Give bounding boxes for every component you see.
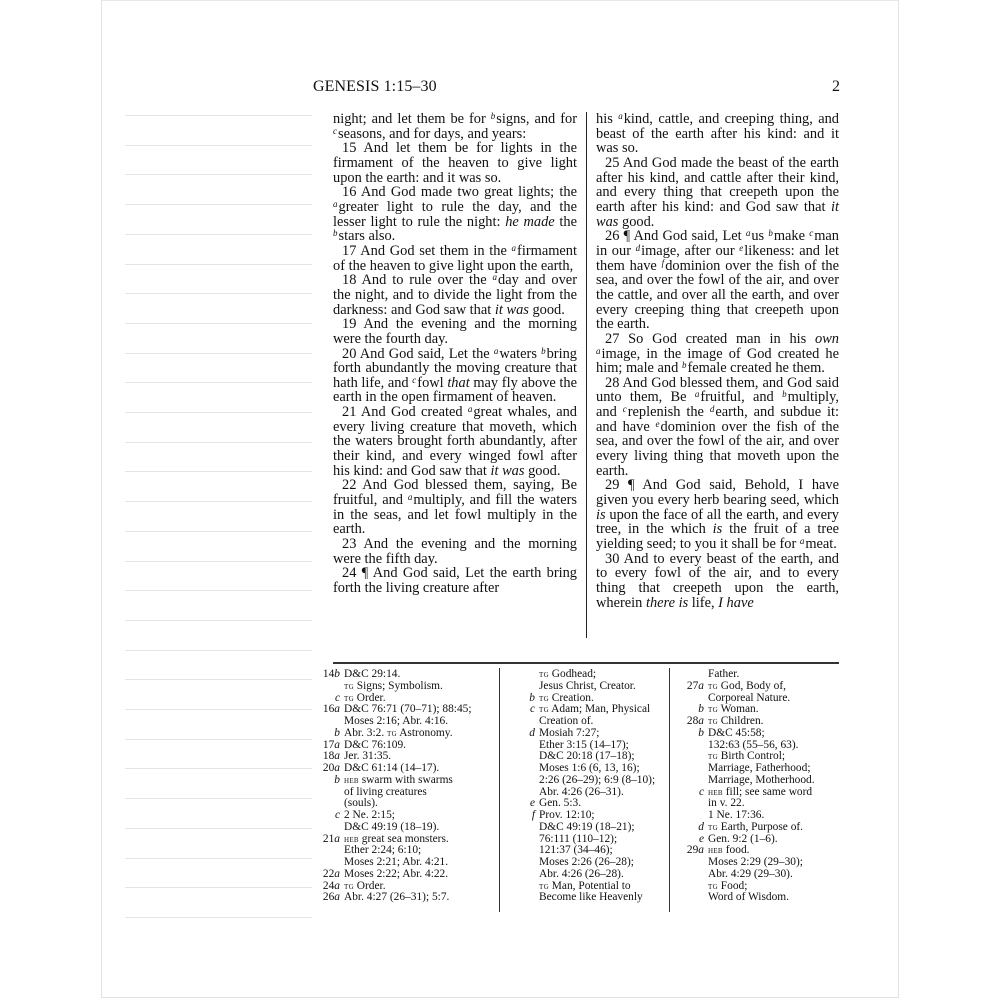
footnote-line: Abr. 4:26 (26–28).	[508, 869, 670, 881]
italic-supplied-word: there is	[646, 595, 688, 611]
footnote-reference[interactable]: 1 Ne. 17:36.	[708, 810, 764, 822]
footnote-line: 22aMoses 2:22; Abr. 4:22.	[313, 869, 499, 881]
scripture-column-right: his akind, cattle, and creeping thing, a…	[596, 112, 839, 610]
footnote-reference[interactable]: tg God, Body of,	[708, 681, 786, 693]
footnote-marker[interactable]: d	[710, 404, 715, 414]
footnote-key: 14b	[313, 669, 340, 681]
footnote-marker[interactable]: b	[782, 389, 787, 399]
footnote-reference[interactable]: tg Earth, Purpose of.	[708, 822, 803, 834]
running-header: GENESIS 1:15–30 2	[313, 78, 840, 98]
topical-guide-abbrev: tg	[708, 704, 718, 715]
footnote-line: bAbr. 3:2. tg Astronomy.	[313, 728, 499, 740]
note-ruled-line	[125, 917, 312, 918]
footnote-key: 29a	[677, 845, 704, 857]
footnote-reference[interactable]: Mosiah 7:27;	[539, 728, 599, 740]
note-ruled-line	[125, 264, 312, 265]
footnote-marker[interactable]: a	[333, 199, 338, 209]
footnote-reference[interactable]: Prov. 12:10;	[539, 810, 595, 822]
footnote-marker[interactable]: c	[623, 404, 627, 414]
footnote-line: dMosiah 7:27;	[508, 728, 670, 740]
footnote-reference[interactable]: Word of Wisdom.	[708, 892, 789, 904]
footnote-marker[interactable]: b	[768, 228, 773, 238]
footnote-key: 27a	[677, 681, 704, 693]
footnote-line: Moses 2:16; Abr. 4:16.	[313, 716, 499, 728]
footnote-key: c	[677, 787, 704, 799]
footnote-key: f	[508, 810, 535, 822]
footnote-reference[interactable]: D&C 49:19 (18–21);	[539, 822, 635, 834]
footnote-marker[interactable]: a	[800, 536, 805, 546]
note-ruled-line	[125, 412, 312, 413]
topical-guide-abbrev: tg	[539, 669, 549, 680]
footnote-reference[interactable]: heb swarm with swarms	[344, 775, 453, 787]
footnote-marker[interactable]: d	[636, 243, 641, 253]
footnote-marker[interactable]: a	[618, 111, 623, 121]
note-ruled-line	[125, 471, 312, 472]
footnote-key: c	[313, 810, 340, 822]
footnote-key: 26a	[313, 892, 340, 904]
topical-guide-abbrev: tg	[708, 716, 718, 727]
footnote-line: tg Signs; Symbolism.	[313, 681, 499, 693]
footnotes-column-2: tg Godhead;Jesus Christ, Creator.btg Cre…	[508, 669, 670, 904]
italic-supplied-word: is	[596, 507, 606, 523]
verse-continuation: night; and let them be for bsigns, and f…	[333, 112, 577, 141]
topical-guide-abbrev: tg	[539, 881, 549, 892]
note-ruled-line	[125, 204, 312, 205]
topical-guide-abbrev: tg	[344, 681, 354, 692]
note-ruled-line	[125, 768, 312, 769]
footnote-line: tg Godhead;	[508, 669, 670, 681]
note-ruled-line	[125, 115, 312, 116]
note-ruled-line	[125, 887, 312, 888]
hebrew-abbrev: heb	[344, 775, 359, 786]
footnote-marker[interactable]: a	[494, 346, 499, 356]
topical-guide-abbrev: tg	[708, 881, 718, 892]
footnote-line: Word of Wisdom.	[677, 892, 842, 904]
topical-guide-abbrev: tg	[344, 881, 354, 892]
note-ruled-line	[125, 739, 312, 740]
note-ruled-line	[125, 798, 312, 799]
footnote-marker[interactable]: b	[682, 360, 687, 370]
footnote-marker[interactable]: a	[493, 272, 498, 282]
footnotes-column-1: 14bD&C 29:14.tg Signs; Symbolism.ctg Ord…	[313, 669, 499, 904]
footnote-line: D&C 49:19 (18–21);	[508, 822, 670, 834]
footnote-marker[interactable]: c	[333, 126, 337, 136]
note-ruled-line	[125, 442, 312, 443]
verse: 18 And to rule over the aday and over th…	[333, 273, 577, 317]
footnote-line: of living creatures	[313, 787, 499, 799]
footnote-reference[interactable]: Abr. 4:26 (26–28).	[539, 869, 624, 881]
note-ruled-line	[125, 145, 312, 146]
footnote-key: b	[677, 728, 704, 740]
verse: 23 And the evening and the morning were …	[333, 537, 577, 566]
verse: 15 And let them be for lights in the fir…	[333, 141, 577, 185]
footnote-marker[interactable]: c	[809, 228, 813, 238]
footnote-marker[interactable]: a	[695, 389, 700, 399]
footnote-key: d	[508, 728, 535, 740]
verse: 17 And God set them in the afirmament of…	[333, 244, 577, 273]
footnote-reference[interactable]: Jesus Christ, Creator.	[539, 681, 636, 693]
footnote-key: 21a	[313, 834, 340, 846]
footnote-reference[interactable]: Moses 2:21; Abr. 4:21.	[344, 857, 448, 869]
verse: 30 And to every beast of the earth, and …	[596, 552, 839, 611]
footnote-reference[interactable]: D&C 29:14.	[344, 669, 400, 681]
footnote-marker[interactable]: b	[491, 111, 496, 121]
footnote-marker[interactable]: a	[468, 404, 473, 414]
footnote-reference[interactable]: Abr. 4:29 (29–30).	[708, 869, 793, 881]
chapter-reference-title: GENESIS 1:15–30	[313, 78, 437, 96]
verse: 27 So God created man in his own aimage,…	[596, 332, 839, 376]
topical-guide-abbrev: tg	[344, 693, 354, 704]
footnote-line: 20aD&C 61:14 (14–17).	[313, 763, 499, 775]
verse-continuation: his akind, cattle, and creeping thing, a…	[596, 112, 839, 156]
note-ruled-line	[125, 858, 312, 859]
footnote-line: Moses 2:29 (29–30);	[677, 857, 842, 869]
footnote-reference[interactable]: Abr. 3:2. tg Astronomy.	[344, 728, 453, 740]
footnote-key: b	[313, 775, 340, 787]
note-ruled-line	[125, 620, 312, 621]
topical-guide-abbrev: tg	[387, 728, 397, 739]
italic-supplied-word: that	[447, 375, 469, 391]
footnote-line: bD&C 45:58;	[677, 728, 842, 740]
scripture-column-left: night; and let them be for bsigns, and f…	[333, 112, 577, 596]
footnote-reference[interactable]: Moses 2:26 (26–28);	[539, 857, 634, 869]
verse: 24 ¶ And God said, Let the earth bring f…	[333, 566, 577, 595]
italic-supplied-word: he made	[505, 214, 554, 230]
footnote-line: fProv. 12:10;	[508, 810, 670, 822]
footnote-line: bheb swarm with swarms	[313, 775, 499, 787]
topical-guide-abbrev: tg	[708, 681, 718, 692]
footnote-marker[interactable]: b	[333, 228, 338, 238]
footnote-reference[interactable]: Marriage, Fatherhood;	[708, 763, 810, 775]
hebrew-abbrev: heb	[708, 787, 723, 798]
italic-supplied-word: it was	[495, 302, 529, 318]
footnote-reference[interactable]: Moses 1:6 (6, 13, 16);	[539, 763, 640, 775]
footnote-line: 17aD&C 76:109.	[313, 740, 499, 752]
verse: 26 ¶ And God said, Let aus bmake cman in…	[596, 229, 839, 332]
italic-supplied-word: it was	[596, 199, 839, 230]
italic-supplied-word: own	[815, 331, 839, 347]
italic-supplied-word: is	[713, 521, 723, 537]
footnote-reference[interactable]: tg Signs; Symbolism.	[344, 681, 443, 693]
footnote-reference[interactable]: Moses 2:16; Abr. 4:16.	[344, 716, 448, 728]
note-ruled-line	[125, 561, 312, 562]
footnote-marker[interactable]: e	[656, 419, 660, 429]
footnote-line: D&C 49:19 (18–19).	[313, 822, 499, 834]
note-ruled-line	[125, 501, 312, 502]
footnote-reference[interactable]: D&C 49:19 (18–19).	[344, 822, 439, 834]
note-ruled-line	[125, 531, 312, 532]
note-ruled-line	[125, 353, 312, 354]
note-ruled-line	[125, 234, 312, 235]
footnote-line: c2 Ne. 2:15;	[313, 810, 499, 822]
note-ruled-line	[125, 828, 312, 829]
footnote-reference[interactable]: Become like Heavenly	[539, 892, 643, 904]
verse: 21 And God created agreat whales, and ev…	[333, 405, 577, 478]
note-ruled-line	[125, 679, 312, 680]
footnote-key: c	[508, 704, 535, 716]
footnote-line: 14bD&C 29:14.	[313, 669, 499, 681]
note-ruled-line	[125, 174, 312, 175]
note-ruled-line	[125, 709, 312, 710]
footnote-reference[interactable]: Abr. 4:27 (26–31); 5:7.	[344, 892, 449, 904]
footnote-reference[interactable]: 2:26 (26–29); 6:9 (8–10);	[539, 775, 655, 787]
footnote-reference[interactable]: tg Children.	[708, 716, 764, 728]
footnote-line: 26aAbr. 4:27 (26–31); 5:7.	[313, 892, 499, 904]
footnote-line: 27atg God, Body of,	[677, 681, 842, 693]
footnote-line: cheb fill; see same word	[677, 787, 842, 799]
footnote-column-divider	[499, 668, 500, 912]
hebrew-abbrev: heb	[344, 834, 359, 845]
footnote-line: (souls).	[313, 798, 499, 810]
note-ruled-line	[125, 382, 312, 383]
footnote-line: Moses 2:26 (26–28);	[508, 857, 670, 869]
footnote-line: Moses 2:21; Abr. 4:21.	[313, 857, 499, 869]
footnote-reference[interactable]: tg Godhead;	[539, 669, 596, 681]
topical-guide-abbrev: tg	[708, 822, 718, 833]
italic-supplied-word: I have	[718, 595, 754, 611]
footnote-marker[interactable]: a	[408, 492, 413, 502]
footnote-marker[interactable]: c	[412, 375, 416, 385]
footnote-key: 16a	[313, 704, 340, 716]
footnote-reference[interactable]: D&C 61:14 (14–17).	[344, 763, 439, 775]
verse: 22 And God blessed them, saying, Be frui…	[333, 478, 577, 537]
footnotes-column-3: Father.27atg God, Body of,Corporeal Natu…	[677, 669, 842, 904]
footnote-marker[interactable]: e	[739, 243, 743, 253]
page-number: 2	[832, 78, 840, 96]
italic-supplied-word: it was	[490, 463, 524, 479]
topical-guide-abbrev: tg	[539, 693, 549, 704]
footnote-reference[interactable]: Father.	[708, 669, 739, 681]
verse: 25 And God made the beast of the earth a…	[596, 156, 839, 229]
footnote-column-divider	[669, 668, 670, 912]
footnote-marker[interactable]: a	[746, 228, 751, 238]
note-ruled-line	[125, 323, 312, 324]
note-ruled-line	[125, 650, 312, 651]
footnote-line: Become like Heavenly	[508, 892, 670, 904]
footnote-marker[interactable]: a	[596, 346, 601, 356]
footnote-reference[interactable]: Moses 2:29 (29–30);	[708, 857, 803, 869]
footnote-reference[interactable]: Moses 2:22; Abr. 4:22.	[344, 869, 448, 881]
footnote-marker[interactable]: b	[541, 346, 546, 356]
footnote-separator-rule	[333, 662, 839, 664]
footnote-line: Abr. 4:29 (29–30).	[677, 869, 842, 881]
verse: 20 And God said, Let the awaters bbring …	[333, 347, 577, 406]
footnote-line: 2:26 (26–29); 6:9 (8–10);	[508, 775, 670, 787]
footnote-line: Moses 1:6 (6, 13, 16);	[508, 763, 670, 775]
footnote-marker[interactable]: a	[512, 243, 517, 253]
verse: 29 ¶ And God said, Behold, I have given …	[596, 478, 839, 551]
footnote-reference[interactable]: Creation of.	[539, 716, 593, 728]
note-ruled-line	[125, 293, 312, 294]
verse: 16 And God made two great lights; the ag…	[333, 185, 577, 244]
footnote-reference[interactable]: Marriage, Motherhood.	[708, 775, 815, 787]
footnote-reference[interactable]: D&C 45:58;	[708, 728, 765, 740]
verse: 19 And the evening and the morning were …	[333, 317, 577, 346]
verse: 28 And God blessed them, and God said un…	[596, 376, 839, 479]
column-divider	[586, 112, 587, 638]
topical-guide-abbrev: tg	[708, 751, 718, 762]
footnote-reference[interactable]: 2 Ne. 2:15;	[344, 810, 395, 822]
hebrew-abbrev: heb	[708, 845, 723, 856]
topical-guide-abbrev: tg	[539, 704, 549, 715]
footnote-marker[interactable]: f	[662, 258, 665, 268]
note-ruled-line	[125, 590, 312, 591]
footnote-line: Marriage, Fatherhood;	[677, 763, 842, 775]
